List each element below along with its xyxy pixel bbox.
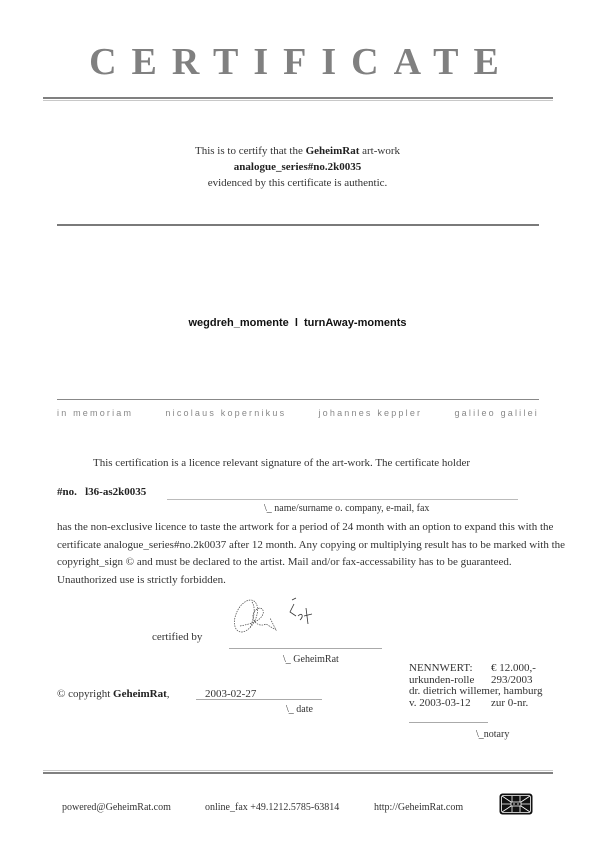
- notary-block: NENNWERT:€ 12.000,- urkunden-rolle293/20…: [409, 663, 542, 709]
- intro-text: This is to certify that the: [195, 145, 306, 157]
- licence-terms: has the non-exclusive licence to taste t…: [57, 519, 567, 589]
- memoriam-item: in memoriam: [57, 408, 133, 418]
- date-field-line: [196, 699, 322, 700]
- certification-intro: This is to certify that the GeheimRat ar…: [0, 143, 595, 191]
- section-divider: [57, 224, 539, 226]
- memoriam-item: galileo galilei: [454, 408, 539, 418]
- holder-field-caption: \_ name/surname o. company, e-mail, fax: [264, 503, 429, 514]
- artwork-title: wegdreh_momente l turnAway-moments: [0, 317, 595, 329]
- notary-row: dr. dietrich willemer, hamburg: [409, 686, 542, 698]
- footer-divider: [43, 772, 553, 774]
- notary-key: v. 2003-03-12: [409, 698, 491, 710]
- intro-authentic-text: evidenced by this certificate is authent…: [0, 175, 595, 191]
- certificate-title: CERTIFICATE: [0, 40, 595, 84]
- date-caption: \_ date: [286, 704, 313, 715]
- holder-number-label: #no.: [57, 486, 77, 498]
- notary-caption: \_notary: [476, 729, 509, 740]
- licence-intro: This certification is a licence relevant…: [93, 457, 470, 469]
- notary-value: zur 0-nr.: [491, 698, 528, 710]
- notary-row: NENNWERT:€ 12.000,-: [409, 663, 542, 675]
- notary-signature-line: [409, 722, 488, 723]
- geheimrat-logo-icon: [499, 793, 533, 815]
- holder-name-field[interactable]: [167, 499, 518, 500]
- notary-row: v. 2003-03-12zur 0-nr.: [409, 698, 542, 710]
- memoriam-item: johannes keppler: [318, 408, 422, 418]
- footer-website-link[interactable]: http://GeheimRat.com: [374, 802, 463, 813]
- footer-fax: online_fax +49.1212.5785-63814: [205, 802, 339, 813]
- signature-line: [229, 648, 382, 649]
- notary-value: € 12.000,-: [491, 663, 536, 675]
- copyright-line: © copyright GeheimRat,: [57, 688, 170, 700]
- brand-name: GeheimRat: [306, 145, 360, 157]
- memoriam-item: nicolaus kopernikus: [165, 408, 286, 418]
- footer-divider-thin: [43, 770, 553, 771]
- top-divider-thin: [43, 100, 553, 101]
- notary-key: dr. dietrich willemer, hamburg: [409, 686, 542, 698]
- holder-number-value: l36-as2k0035: [85, 486, 146, 498]
- copyright-suffix: ,: [167, 688, 170, 700]
- series-number: analogue_series#no.2k0035: [234, 161, 361, 173]
- intro-text-suffix: art-work: [359, 145, 400, 157]
- memoriam-divider: [57, 399, 539, 400]
- memoriam-line: in memoriam nicolaus kopernikus johannes…: [57, 408, 539, 418]
- top-divider: [43, 97, 553, 99]
- copyright-prefix: © copyright: [57, 688, 113, 700]
- signature-caption: \_ GeheimRat: [283, 654, 339, 665]
- footer-email-link[interactable]: powered@GeheimRat.com: [62, 802, 171, 813]
- notary-key: NENNWERT:: [409, 663, 491, 675]
- holder-number: #no. l36-as2k0035: [57, 486, 146, 498]
- certified-by-label: certified by: [152, 631, 202, 643]
- signature-icon: [232, 594, 332, 644]
- copyright-brand: GeheimRat: [113, 688, 167, 700]
